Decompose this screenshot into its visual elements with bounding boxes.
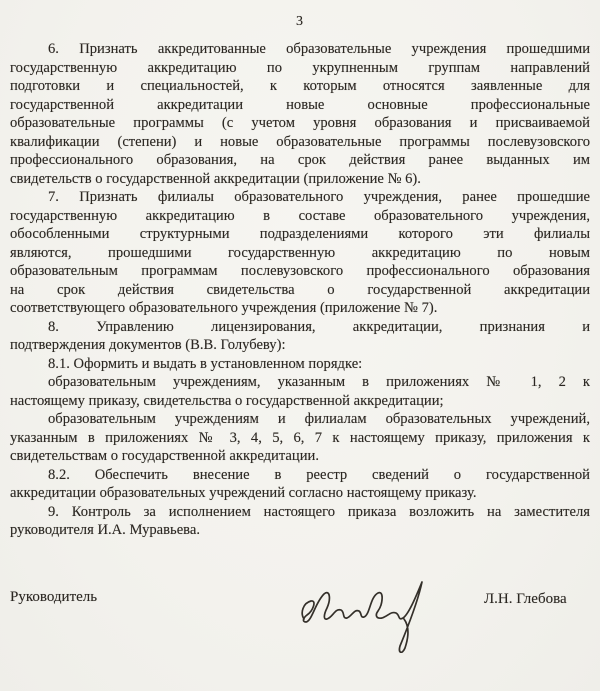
document-body: 6. Признать аккредитованные образователь…: [10, 40, 590, 540]
paragraph: образовательным учреждениям, указанным в…: [10, 373, 590, 410]
paragraph: образовательным учреждениям и филиалам о…: [10, 410, 590, 466]
text-line: на срок действия свидетельства о государ…: [10, 281, 590, 300]
paragraph: 6. Признать аккредитованные образователь…: [10, 40, 590, 188]
text-line: квалификации (степени) и новые образоват…: [10, 133, 590, 152]
text-line: 6. Признать аккредитованные образователь…: [10, 40, 590, 59]
text-line: подготовки и специальностей, к которым о…: [10, 77, 590, 96]
text-line: государственной аккредитации новые основ…: [10, 96, 590, 115]
paragraph: 8.1. Оформить и выдать в установленном п…: [10, 355, 590, 374]
text-line: свидетельствам о государственной аккреди…: [10, 447, 590, 466]
text-line: подтверждения документов (В.В. Голубеву)…: [10, 336, 590, 355]
text-line: 9. Контроль за исполнением настоящего пр…: [10, 503, 590, 522]
page-number: 3: [0, 14, 600, 30]
paragraph: 8. Управлению лицензирования, аккредитац…: [10, 318, 590, 355]
handwritten-signature-icon: [294, 561, 426, 653]
text-line: соответствующего образовательного учрежд…: [10, 299, 590, 318]
text-line: образовательным учреждениям и филиалам о…: [10, 410, 590, 429]
text-line: настоящему приказу, свидетельства о госу…: [10, 392, 590, 411]
text-line: государственную аккредитацию по укрупнен…: [10, 59, 590, 78]
paragraph: 9. Контроль за исполнением настоящего пр…: [10, 503, 590, 540]
text-line: образовательные программы (с учетом уров…: [10, 114, 590, 133]
text-line: 7. Признать филиалы образовательного учр…: [10, 188, 590, 207]
signatory-role-label: Руководитель: [10, 589, 97, 606]
text-line: руководителя И.А. Муравьева.: [10, 521, 590, 540]
text-line: образовательным программам послевузовско…: [10, 262, 590, 281]
paragraph: 8.2. Обеспечить внесение в реестр сведен…: [10, 466, 590, 503]
text-line: указанным в приложениях № 3, 4, 5, 6, 7 …: [10, 429, 590, 448]
signatory-name: Л.Н. Глебова: [484, 591, 567, 608]
text-line: профессионального образования, на срок д…: [10, 151, 590, 170]
text-line: государственную аккредитацию в составе о…: [10, 207, 590, 226]
text-line: являются, прошедшими государственную акк…: [10, 244, 590, 263]
text-line: свидетельств о государственной аккредита…: [10, 170, 590, 189]
text-line: аккредитации образовательных учреждений …: [10, 484, 590, 503]
text-line: образовательным учреждениям, указанным в…: [10, 373, 590, 392]
text-line: 8. Управлению лицензирования, аккредитац…: [10, 318, 590, 337]
text-line: 8.2. Обеспечить внесение в реестр сведен…: [10, 466, 590, 485]
text-line: 8.1. Оформить и выдать в установленном п…: [10, 355, 590, 374]
paragraph: 7. Признать филиалы образовательного учр…: [10, 188, 590, 318]
scanned-document-page: 3 6. Признать аккредитованные образовате…: [0, 0, 600, 691]
text-line: обособленными структурными подразделения…: [10, 225, 590, 244]
